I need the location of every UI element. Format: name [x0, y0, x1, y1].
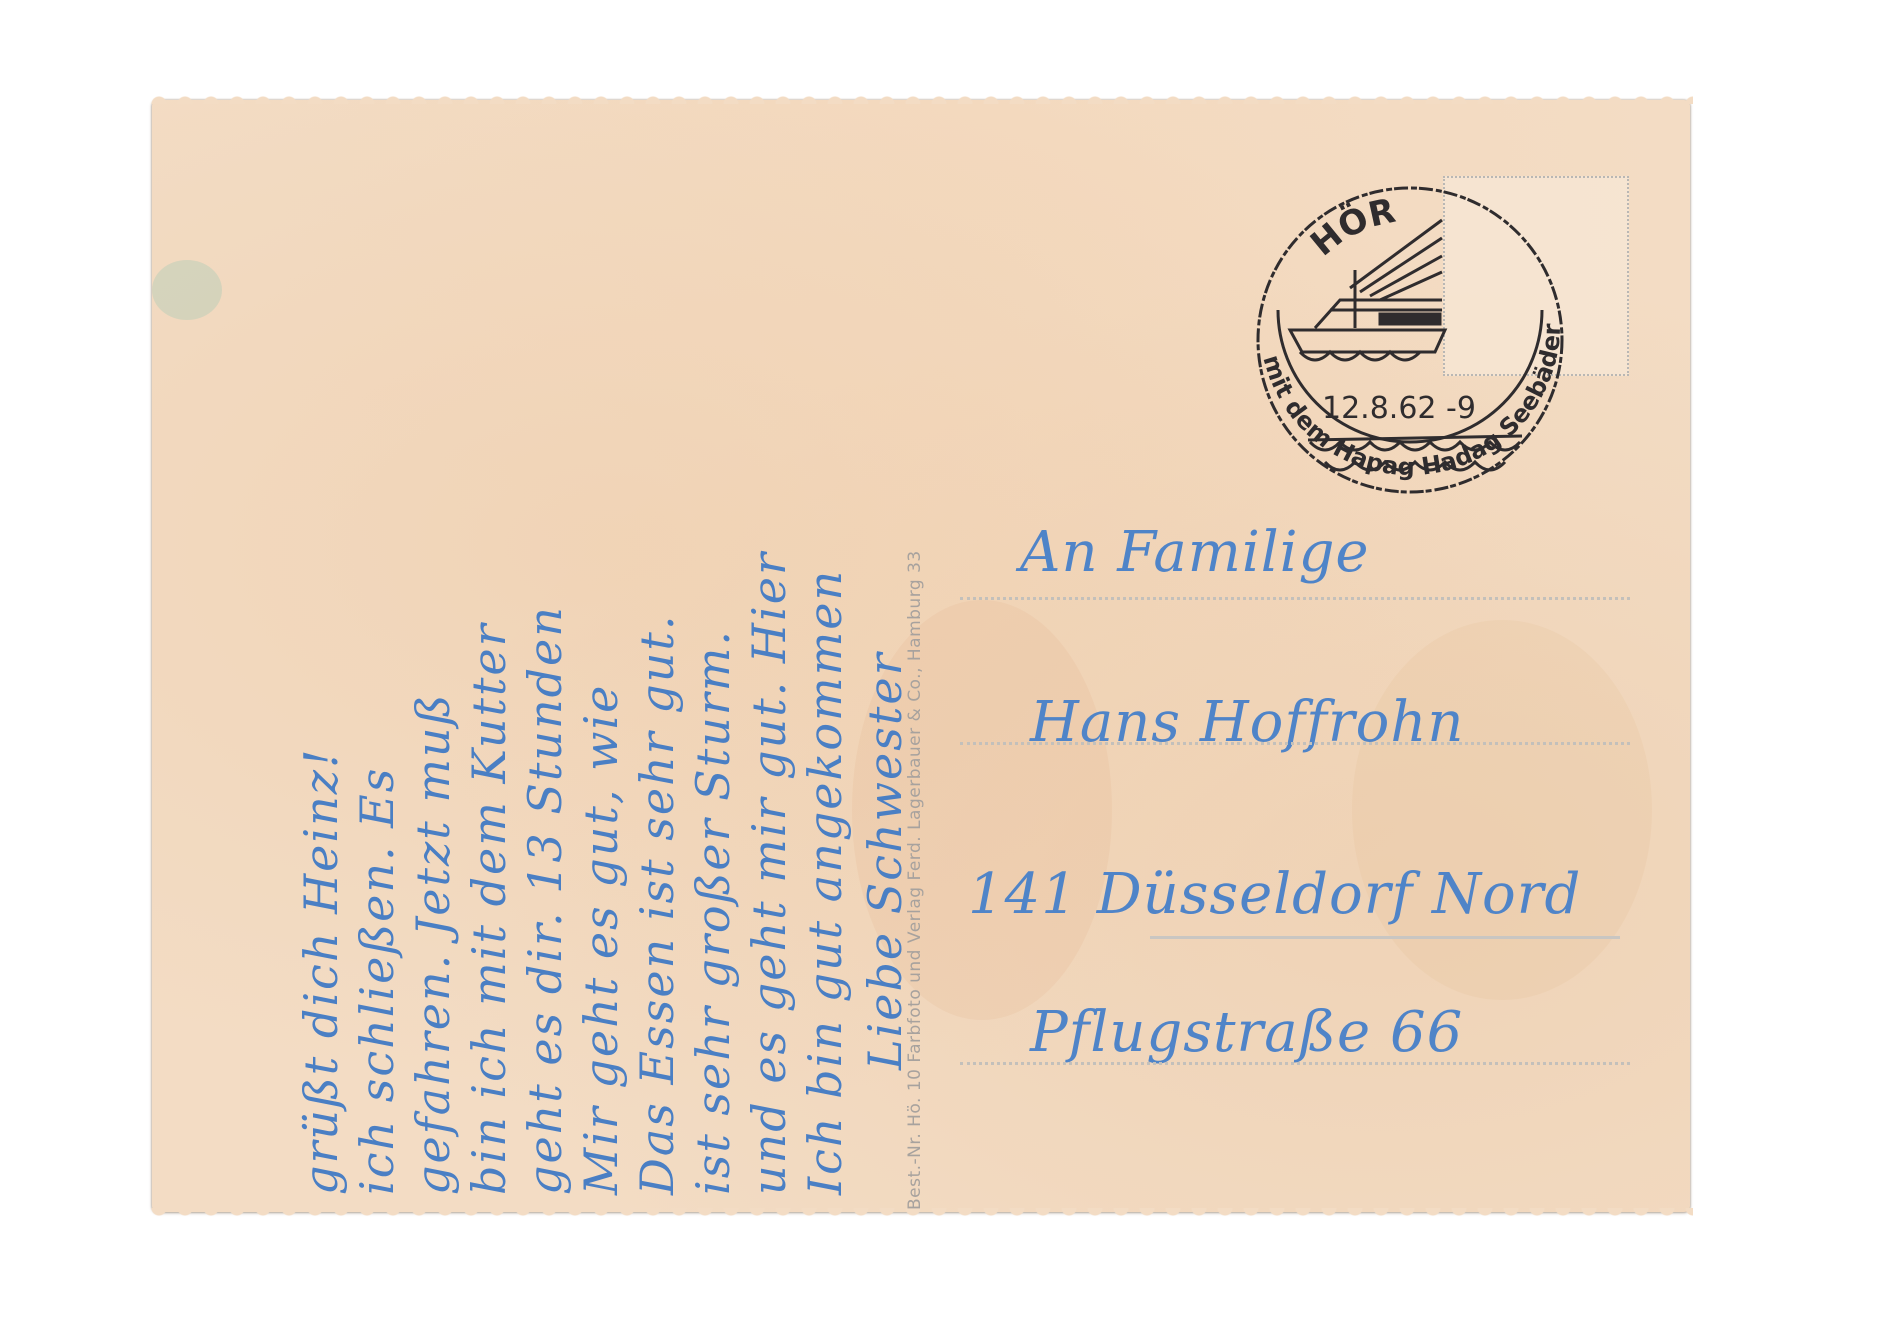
message-line: ich schließen. Es — [350, 767, 404, 1195]
address-line-4: Pflugstraße 66 — [1030, 1000, 1463, 1065]
address-baseline — [960, 1062, 1630, 1065]
paper-stain — [1352, 620, 1652, 1000]
postmark: HÖR 12.8.62 -9 mit dem Hapag Hadag Seebä… — [1230, 160, 1590, 520]
message-line: Ich bin gut angekommen — [798, 569, 852, 1195]
address-line-3: 141 Düsseldorf Nord — [968, 862, 1581, 927]
message-line: gefahren. Jetzt muß — [406, 693, 460, 1195]
message-line: ist sehr großer Sturm. — [686, 629, 740, 1195]
message-line: grüßt dich Heinz! — [294, 748, 348, 1195]
message-line: Liebe Schwester — [858, 651, 912, 1070]
address-line-2: Hans Hoffrohn — [1030, 690, 1464, 755]
message-line: Das Essen ist sehr gut. — [630, 614, 684, 1195]
postmark-date: 12.8.62 -9 — [1322, 391, 1476, 426]
address-baseline — [960, 597, 1630, 600]
message-line: bin ich mit dem Kutter — [462, 622, 516, 1195]
address-line-1: An Familige — [1020, 520, 1370, 585]
address-underline — [1150, 936, 1620, 939]
message-line: geht es dir. 13 Stunden — [518, 605, 572, 1195]
svg-text:HÖR: HÖR — [1303, 191, 1399, 264]
message-line: und es geht mir gut. Hier — [742, 551, 796, 1195]
postmark-place: HÖR — [1303, 191, 1399, 264]
address-baseline — [960, 742, 1630, 745]
paper-stain — [152, 260, 222, 320]
message-line: Mir geht es gut, wie — [574, 684, 628, 1195]
